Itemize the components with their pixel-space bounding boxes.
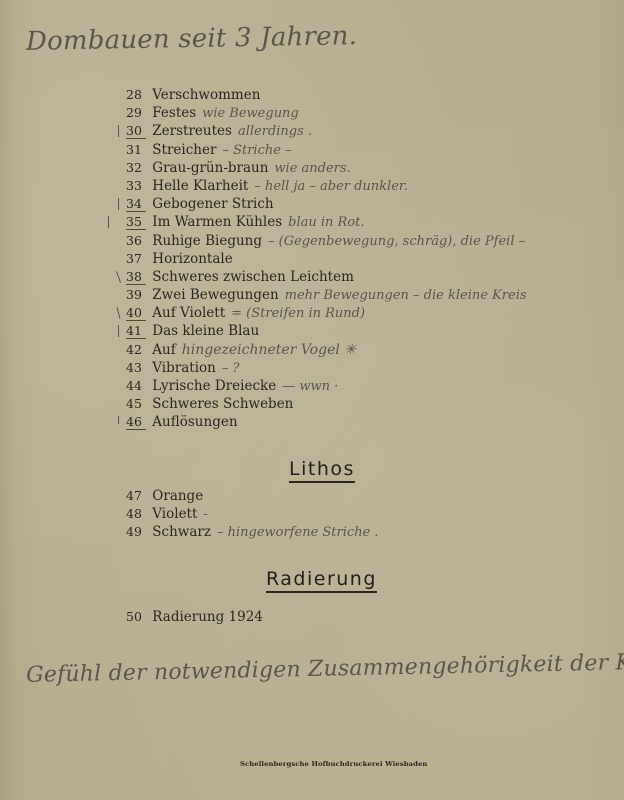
list-item: 39 Zwei Bewegungenmehr Bewegungen – die … [126,286,527,304]
list-item: 44 Lyrische Dreiecke— wwn · [126,377,527,395]
item-title: Im Warmen Kühles [152,214,282,230]
item-title: Violett [152,506,197,522]
item-title: Gebogener Strich [152,196,273,212]
item-title: Radierung 1924 [152,609,263,625]
scanned-catalog-page: Dombauen seit 3 Jahren. 28 Verschwommen … [0,0,624,800]
item-number: 41 [126,323,146,339]
item-number: 32 [126,159,146,177]
list-item: 38 Schweres zwischen Leichtem [126,268,527,286]
pencil-tick-mark [118,325,119,337]
item-number: 42 [126,341,146,359]
item-number: 46 [126,414,146,430]
pencil-tick-mark [118,125,119,137]
handwritten-note: – hingeworfene Striche . [217,525,379,540]
handwritten-header-annotation: Dombauen seit 3 Jahren. [26,21,358,57]
item-number: 43 [126,359,146,377]
pencil-tick-mark [116,271,121,283]
radierung-list: 50 Radierung 1924 [126,608,269,626]
pencil-tick-mark [118,198,119,210]
item-number: 29 [126,104,146,122]
item-number: 35 [126,214,146,230]
list-item: 35 Im Warmen Kühlesblau in Rot. [126,213,527,231]
handwritten-note: - [203,507,207,522]
item-number: 44 [126,377,146,395]
item-number: 49 [126,523,146,541]
item-number: 50 [126,608,146,626]
handwritten-note: wie anders. [274,161,350,176]
item-number: 36 [126,232,146,250]
handwritten-note: – Striche – [222,143,291,158]
item-title: Grau-grün-braun [152,160,268,176]
list-item: 32 Grau-grün-braunwie anders. [126,159,527,177]
item-number: 33 [126,177,146,195]
item-title: Horizontale [152,251,232,267]
pencil-tick-mark [116,307,120,319]
list-item: 47 Orange [126,487,379,505]
handwritten-note: – (Gegenbewegung, schräg), die Pfeil – [268,234,525,249]
list-item: 28 Verschwommen [126,86,527,104]
handwritten-note: wie Bewegung [202,106,299,121]
pencil-tick-mark [118,416,119,424]
handwritten-note: mehr Bewegungen – die kleine Kreis [285,288,527,303]
item-number: 37 [126,250,146,268]
item-number: 39 [126,286,146,304]
item-title: Orange [152,488,203,504]
handwritten-note: blau in Rot. [288,215,364,230]
item-title: Zwei Bewegungen [152,287,278,303]
item-title: Auf Violett [152,305,225,321]
list-item: 48 Violett- [126,505,379,523]
handwritten-note: — wwn · [282,379,338,394]
item-title: Streicher [152,142,216,158]
list-item: 46 Auflösungen [126,413,527,431]
section-heading-radierung: Radierung [266,568,377,593]
list-item: 34 Gebogener Strich [126,195,527,213]
item-number: 34 [126,196,146,212]
list-item: 50 Radierung 1924 [126,608,269,626]
item-title: Helle Klarheit [152,178,248,194]
main-works-list: 28 Verschwommen 29 Festeswie Bewegung 30… [126,86,527,432]
item-title: Das kleine Blau [152,323,259,339]
item-number: 28 [126,86,146,104]
list-item: 45 Schweres Schweben [126,395,527,413]
handwritten-note: allerdings . [238,124,312,139]
list-item: 41 Das kleine Blau [126,322,527,340]
item-title: Auflösungen [152,414,237,430]
item-title: Auf [152,342,175,358]
handwritten-footer-annotation: Gefühl der notwendigen Zusammengehörigke… [26,647,624,688]
list-item: 30 Zerstreutesallerdings . [126,122,527,140]
list-item: 31 Streicher– Striche – [126,141,527,159]
item-title: Ruhige Biegung [152,233,262,249]
list-item: 29 Festeswie Bewegung [126,104,527,122]
section-heading-lithos: Lithos [289,458,355,483]
list-item: 40 Auf Violett= (Streifen in Rund) [126,304,527,322]
item-title: Festes [152,105,196,121]
item-number: 38 [126,269,146,285]
item-title: Verschwommen [152,87,260,103]
list-item: 36 Ruhige Biegung– (Gegenbewegung, schrä… [126,232,527,250]
list-item: 43 Vibration– ? [126,359,527,377]
item-number: 47 [126,487,146,505]
item-number: 31 [126,141,146,159]
handwritten-note: – hell ja – aber dunkler. [254,179,408,194]
list-item: 33 Helle Klarheit– hell ja – aber dunkle… [126,177,527,195]
handwritten-note: – ? [222,361,240,376]
item-title: Schweres Schweben [152,396,293,412]
item-title: Lyrische Dreiecke [152,378,276,394]
item-number: 48 [126,505,146,523]
item-number: 30 [126,123,146,139]
handwritten-note: hingezeichneter Vogel ✳ [182,342,356,358]
printer-imprint: Schellenbergsche Hofbuchdruckerei Wiesba… [240,760,427,768]
item-title: Zerstreutes [152,123,232,139]
item-number: 45 [126,395,146,413]
lithos-list: 47 Orange 48 Violett- 49 Schwarz– hingew… [126,487,379,542]
list-item: 49 Schwarz– hingeworfene Striche . [126,523,379,541]
list-item: 37 Horizontale [126,250,527,268]
item-title: Schweres zwischen Leichtem [152,269,354,285]
handwritten-note: = (Streifen in Rund) [231,306,365,321]
item-number: 40 [126,305,146,321]
list-item: 42 Aufhingezeichneter Vogel ✳ [126,341,527,359]
item-title: Vibration [152,360,216,376]
pencil-tick-mark [108,216,109,228]
item-title: Schwarz [152,524,211,540]
